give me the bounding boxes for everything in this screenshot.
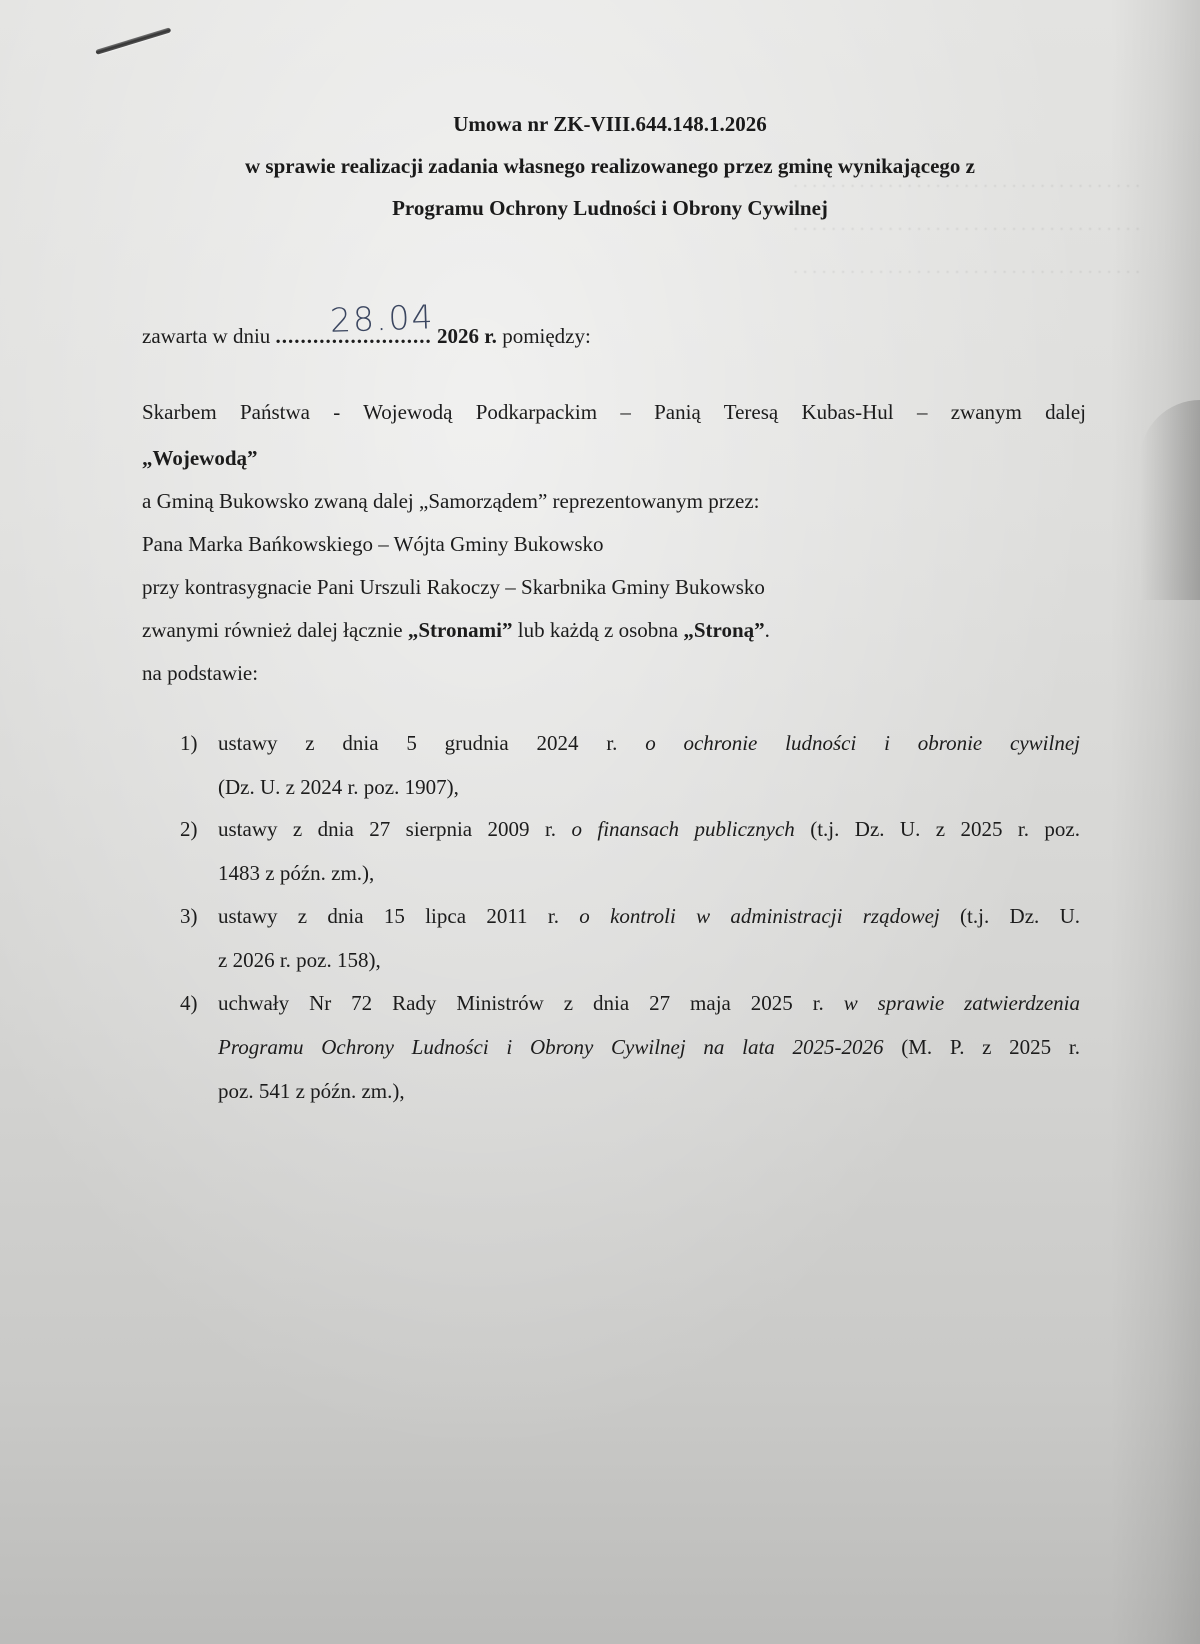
item-text-line-3: poz. 541 z późn. zm.), xyxy=(218,1079,405,1104)
item-plain-text: uchwały Nr 72 Rady Ministrów z dnia 27 m… xyxy=(218,991,844,1015)
date-fill-dots: ......................... xyxy=(276,324,432,348)
item-program-title: Programu Ochrony Ludności i Obrony Cywil… xyxy=(218,1035,884,1059)
parties-definition: zwanymi również dalej łącznie „Stronami”… xyxy=(142,618,770,643)
item-act-title: o ochronie ludności i obronie cywilnej xyxy=(645,731,1080,755)
item-plain-text: ustawy z dnia 15 lipca 2011 r. xyxy=(218,904,579,928)
item-text-line-2: 1483 z późn. zm.), xyxy=(218,861,374,886)
commune-countersignature: przy kontrasygnacie Pani Urszuli Rakoczy… xyxy=(142,575,765,600)
item-text-line-1: uchwały Nr 72 Rady Ministrów z dnia 27 m… xyxy=(218,991,1080,1016)
item-number: 4) xyxy=(180,991,198,1016)
party-voivode-line: Skarbem Państwa - Wojewodą Podkarpackim … xyxy=(142,400,1086,425)
item-act-title: o finansach publicznych xyxy=(571,817,794,841)
item-resolution-title: w sprawie zatwierdzenia xyxy=(844,991,1080,1015)
party-term: „Stroną” xyxy=(683,618,764,642)
parties-def-mid: lub każdą z osobna xyxy=(513,618,684,642)
voivode-alias-bold: „Wojewodą” xyxy=(142,446,258,470)
date-prefix: zawarta w dniu xyxy=(142,324,276,348)
item-text-line-2: (Dz. U. z 2024 r. poz. 1907), xyxy=(218,775,459,800)
date-year: 2026 r. xyxy=(437,324,497,348)
party-voivode-alias: „Wojewodą” xyxy=(142,446,258,471)
item-number: 1) xyxy=(180,731,198,756)
contract-subject-title: w sprawie realizacji zadania własnego re… xyxy=(0,154,1200,179)
contract-number-title: Umowa nr ZK-VIII.644.148.1.2026 xyxy=(0,112,1200,137)
item-plain-text: ustawy z dnia 27 sierpnia 2009 r. xyxy=(218,817,571,841)
party-commune-line: a Gminą Bukowsko zwaną dalej „Samorządem… xyxy=(142,489,760,514)
commune-representative: Pana Marka Bańkowskiego – Wójta Gminy Bu… xyxy=(142,532,604,557)
parties-def-suffix: . xyxy=(765,618,770,642)
item-text-line-1: ustawy z dnia 15 lipca 2011 r. o kontrol… xyxy=(218,904,1080,929)
item-text-line-2: z 2026 r. poz. 158), xyxy=(218,948,381,973)
item-number: 2) xyxy=(180,817,198,842)
date-suffix: pomiędzy: xyxy=(497,324,591,348)
item-act-title: o kontroli w administracji rządowej xyxy=(579,904,939,928)
item-citation: (M. P. z 2025 r. xyxy=(884,1035,1080,1059)
item-text-line-2: Programu Ochrony Ludności i Obrony Cywil… xyxy=(218,1035,1080,1060)
parties-def-prefix: zwanymi również dalej łącznie xyxy=(142,618,408,642)
basis-label: na podstawie: xyxy=(142,661,258,686)
item-plain-text: ustawy z dnia 5 grudnia 2024 r. xyxy=(218,731,645,755)
item-number: 3) xyxy=(180,904,198,929)
item-text-line-1: ustawy z dnia 27 sierpnia 2009 r. o fina… xyxy=(218,817,1080,842)
date-line: zawarta w dniu .........................… xyxy=(142,324,591,349)
item-text-line-1: ustawy z dnia 5 grudnia 2024 r. o ochron… xyxy=(218,731,1080,756)
item-citation: (t.j. Dz. U. xyxy=(940,904,1080,928)
parties-term: „Stronami” xyxy=(408,618,513,642)
program-name-title: Programu Ochrony Ludności i Obrony Cywil… xyxy=(0,196,1200,221)
item-citation: (t.j. Dz. U. z 2025 r. poz. xyxy=(795,817,1080,841)
